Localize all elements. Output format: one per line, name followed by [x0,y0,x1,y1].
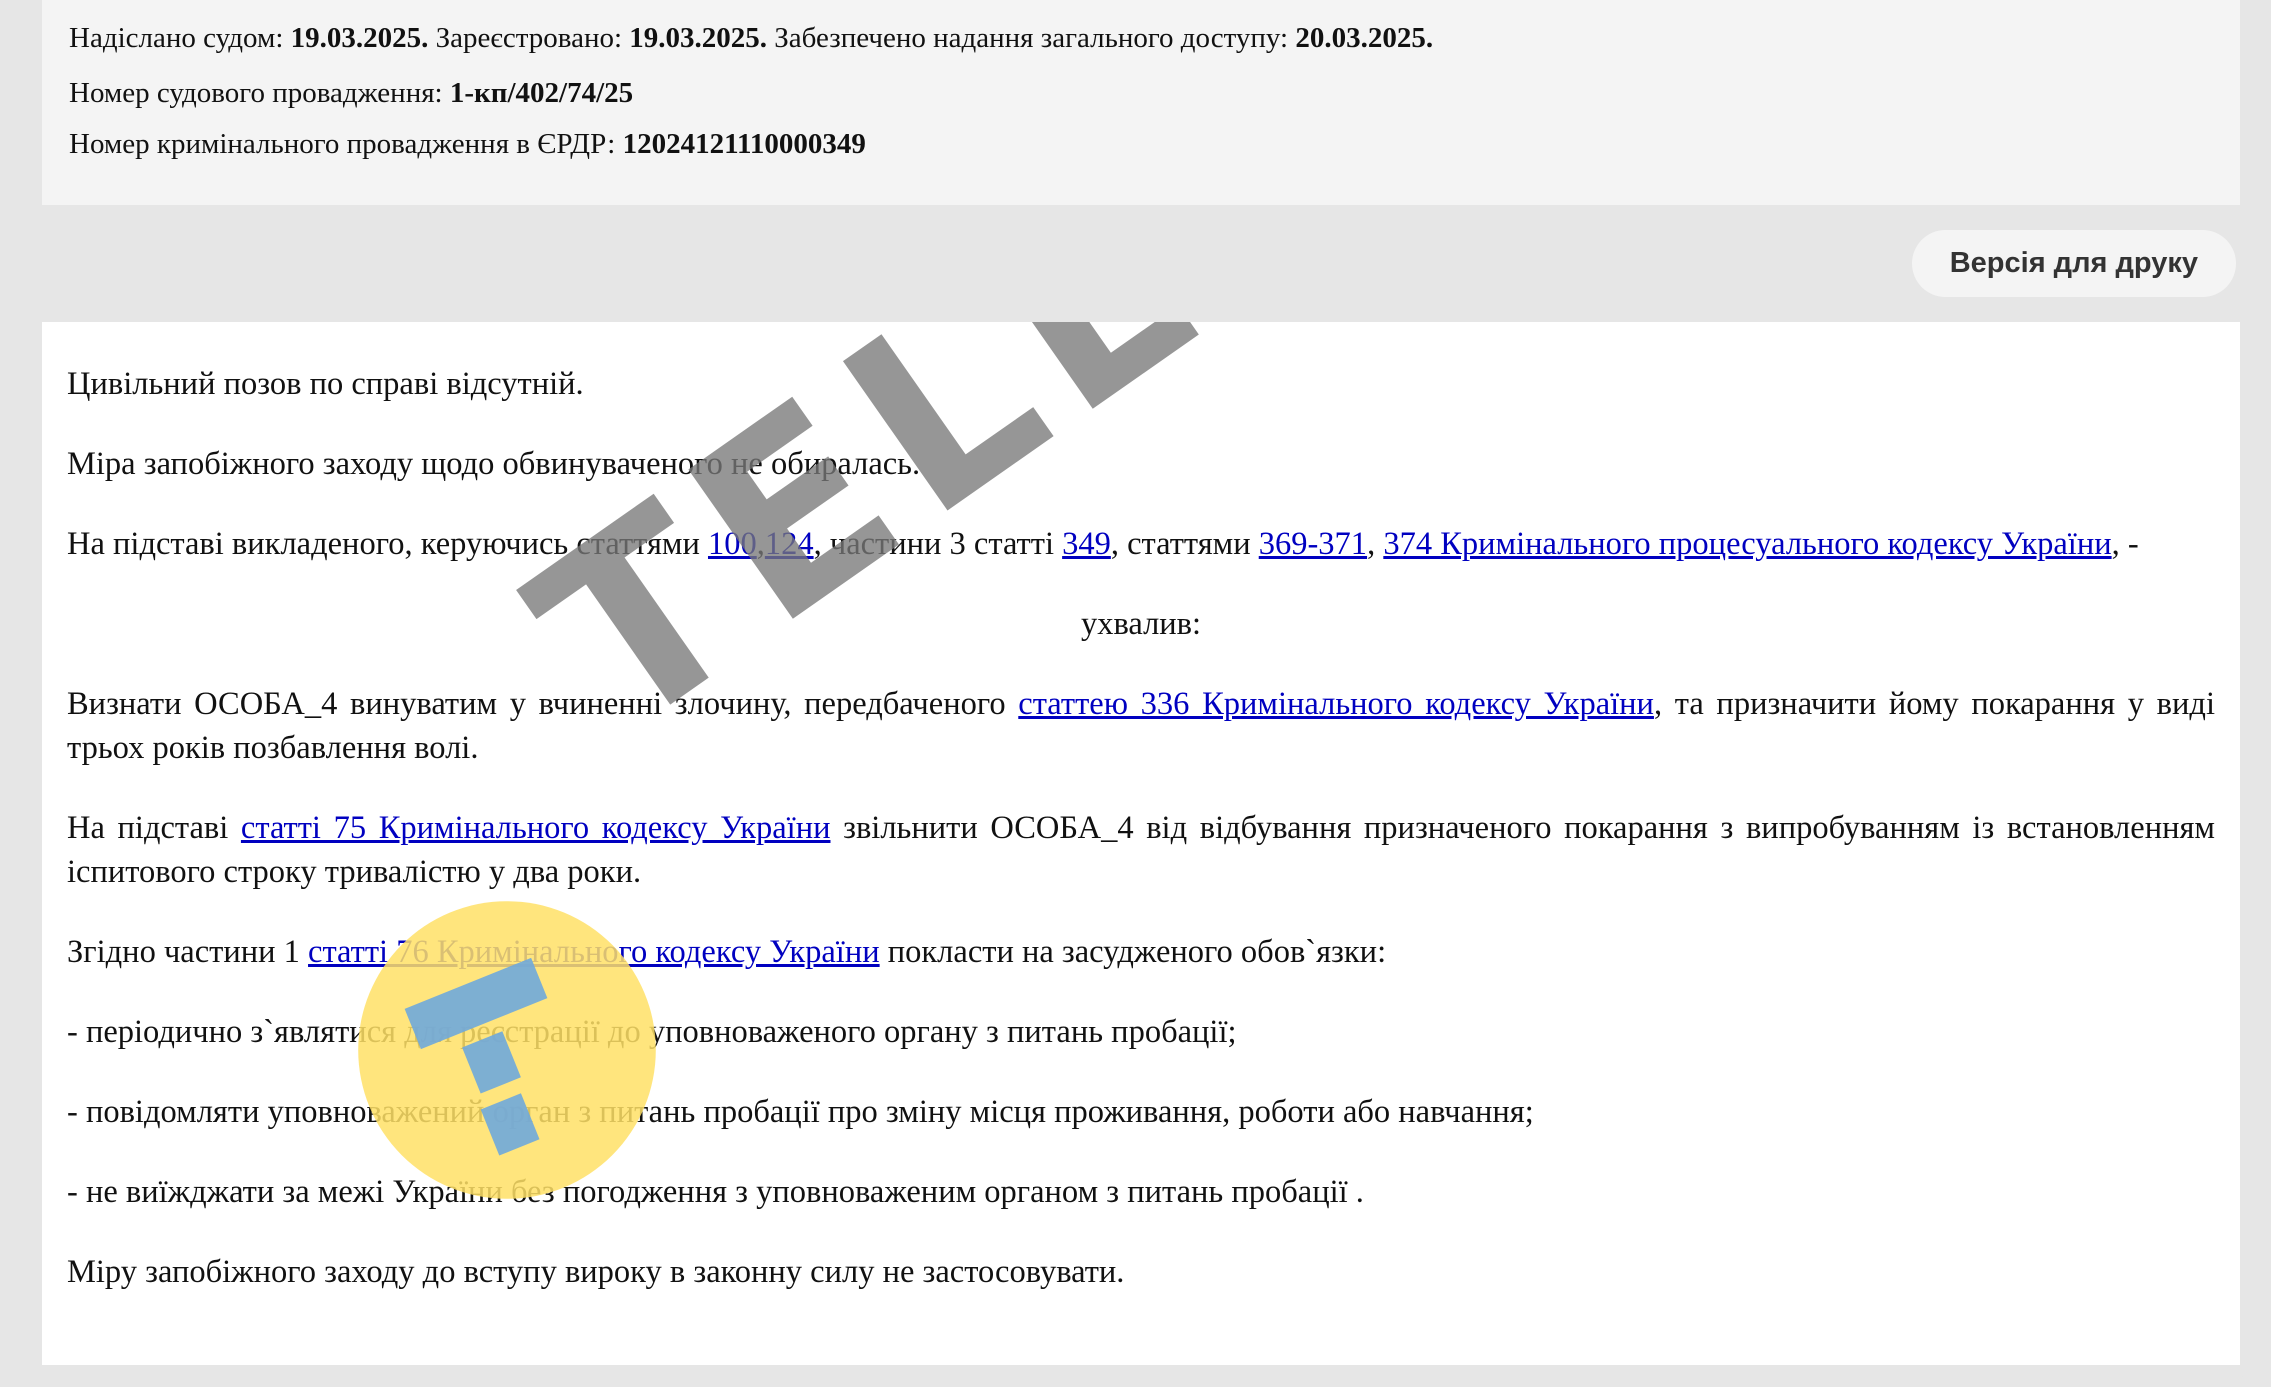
text: Визнати ОСОБА_4 винуватим у вчиненні зло… [67,686,1018,722]
paragraph-duties: Згідно частини 1 статті 76 Кримінального… [67,930,2215,974]
erdr-line: Номер кримінального провадження в ЄРДР: … [69,128,866,161]
link-article-374-cpc[interactable]: 374 Кримінального процесуального кодексу… [1383,526,2111,562]
text: , [1367,526,1383,562]
link-article-100[interactable]: 100 [708,526,757,562]
clipped-info-line [69,0,76,7]
text: На підставі викладеного, керуючись статт… [67,526,708,562]
erdr-number: 12024121110000349 [623,128,866,160]
link-articles-369-371[interactable]: 369-371 [1259,526,1367,562]
link-article-124[interactable]: 124 [765,526,814,562]
document-toolbar: Версія для друку [42,205,2240,322]
sent-date: 19.03.2025. [291,22,429,54]
dates-line: Надіслано судом: 19.03.2025. Зареєстрова… [69,22,1433,55]
link-article-75-cc[interactable]: статті 75 Кримінального кодексу України [241,810,831,846]
document-body[interactable]: Цивільний позов по справі відсутній. Мір… [42,322,2240,1365]
duty-item: - періодично з`являтися для реєстрації д… [67,1010,2215,1054]
public-access-label: Забезпечено надання загального доступу: [767,22,1295,54]
public-access-date: 20.03.2025. [1295,22,1433,54]
link-article-336-cc[interactable]: статтею 336 Кримінального кодексу Україн… [1018,686,1654,722]
text: , - [2112,526,2139,562]
paragraph-guilty: Визнати ОСОБА_4 винуватим у вчиненні зло… [67,682,2215,770]
clipped-paragraph [67,322,2215,326]
document-text: Цивільний позов по справі відсутній. Мір… [67,322,2215,1330]
registered-label: Зареєстровано: [428,22,629,54]
decided-heading: ухвалив: [67,602,2215,646]
text: , статтями [1111,526,1259,562]
registered-date: 19.03.2025. [629,22,767,54]
print-version-button[interactable]: Версія для друку [1912,230,2236,297]
text: покласти на засудженого обов`язки: [880,934,1386,970]
paragraph-legal-basis: На підставі викладеного, керуючись статт… [67,522,2215,566]
text: Згідно частини 1 [67,934,308,970]
paragraph-release: На підставі статті 75 Кримінального коде… [67,806,2215,894]
link-article-76-cc[interactable]: статті 76 Кримінального кодексу України [308,934,880,970]
case-info-panel: Надіслано судом: 19.03.2025. Зареєстрова… [42,0,2240,205]
text: На підставі [67,810,241,846]
court-case-line: Номер судового провадження: 1-кп/402/74/… [69,77,633,110]
text: , [757,526,765,562]
court-case-label: Номер судового провадження: [69,77,450,109]
paragraph-civil-claim: Цивільний позов по справі відсутній. [67,362,2215,406]
text: , частини 3 статті [814,526,1063,562]
paragraph-preventive-measure: Міра запобіжного заходу щодо обвинувачен… [67,442,2215,486]
link-article-349[interactable]: 349 [1062,526,1111,562]
sent-label: Надіслано судом: [69,22,291,54]
erdr-label: Номер кримінального провадження в ЄРДР: [69,128,623,160]
court-case-number: 1-кп/402/74/25 [450,77,633,109]
paragraph-final: Міру запобіжного заходу до вступу вироку… [67,1250,2215,1294]
duty-item: - не виїжджати за межі України без погод… [67,1170,2215,1214]
duty-item: - повідомляти уповноважений орган з пита… [67,1090,2215,1134]
